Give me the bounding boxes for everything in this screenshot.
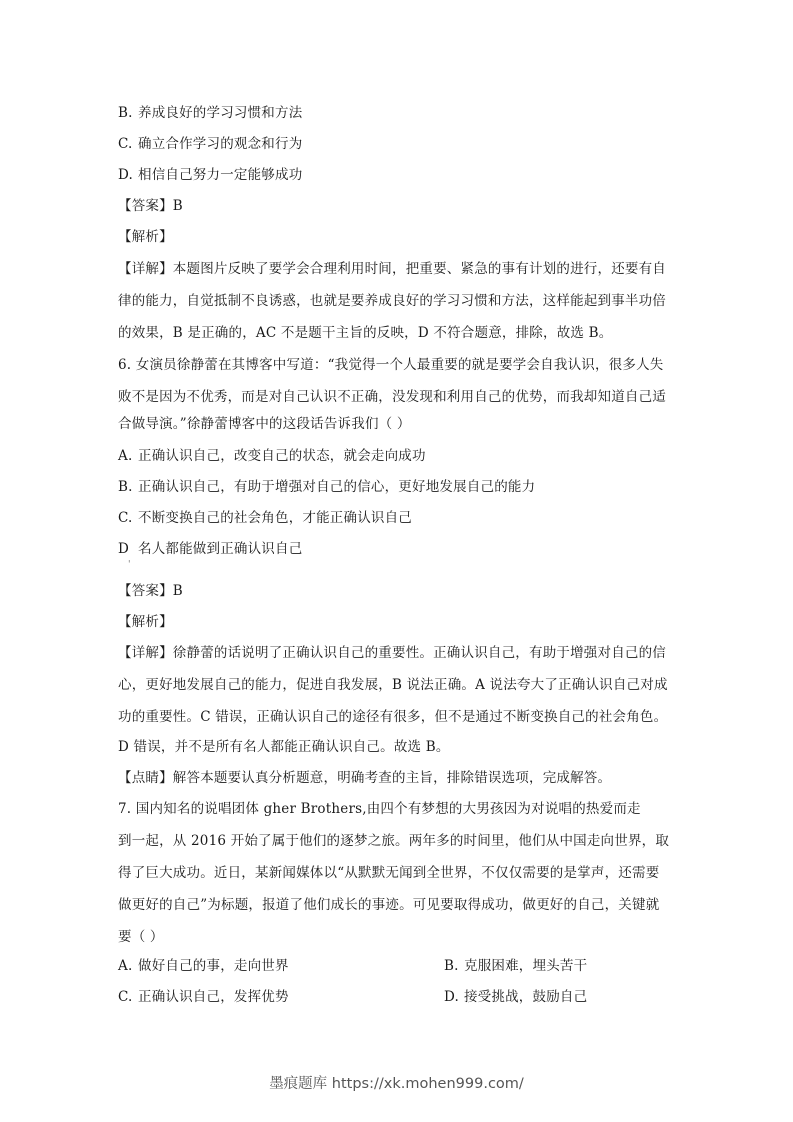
option-text: 做好自己的事，走向世界	[138, 958, 289, 974]
option-text: 不断变换自己的社会角色，才能正确认识自己	[138, 510, 412, 526]
q6-option-a: A.正确认识自己，改变自己的状态，就会走向成功	[118, 448, 426, 464]
q5-detail-line: 律的能力，自觉抵制不良诱惑，也就是要养成良好的学习习惯和方法，这样能起到事半功倍	[118, 293, 666, 309]
q6-stem-line: 合做导演。”徐静蕾博客中的这段话告诉我们（ ）	[118, 416, 411, 432]
q5-option-c: C.确立合作学习的观念和行为	[118, 136, 302, 152]
option-text: 相信自己努力一定能够成功	[138, 167, 302, 183]
q5-analysis-heading: 【解析】	[118, 229, 173, 245]
q6-detail-line: 功的重要性。C 错误，正确认识自己的途径有很多，但不是通过不断变换自己的社会角色…	[118, 709, 667, 725]
q7-options-row-2: C.正确认识自己，发挥优势 D.接受挑战，鼓励自己	[118, 989, 678, 1005]
q6-detail-line: D 错误，并不是所有名人都能正确认识自己。故选 B。	[118, 739, 450, 755]
option-text: 正确认识自己，改变自己的状态，就会走向成功	[138, 448, 426, 464]
q6-detail-line: 心，更好地发展自己的能力，促进自我发展，B 说法正确。A 说法夸大了正确认识自己…	[118, 677, 668, 693]
q7-stem-line: 到一起，从 2016 开始了属于他们的逐梦之旅。两年多的时间里，他们从中国走向世…	[118, 833, 669, 849]
q7-options-row-1: A.做好自己的事，走向世界 B.克服困难，埋头苦干	[118, 958, 678, 974]
q6-option-b: B.正确认识自己，有助于增强对自己的信心，更好地发展自己的能力	[118, 479, 535, 495]
q7-stem-line: 做更好的自己”为标题，报道了他们成长的事迹。可见要取得成功，做更好的自己，关键就	[118, 897, 659, 913]
q5-detail-line: 的效果，B 是正确的，AC 不是题干主旨的反映，D 不符合题意，排除，故选 B。	[118, 325, 612, 341]
q7-option-b: B.克服困难，埋头苦干	[444, 958, 587, 974]
q7-stem-line: 得了巨大成功。近日，某新闻媒体以“从默默无闻到全世界，不仅仅需要的是掌声，还需要	[118, 865, 659, 881]
option-label: B.	[118, 105, 138, 121]
option-text: 接受挑战，鼓励自己	[464, 989, 587, 1005]
option-label: C.	[118, 510, 138, 526]
option-label: C.	[118, 989, 138, 1005]
q6-answer: 【答案】B	[118, 583, 183, 599]
q5-option-b: B.养成良好的学习习惯和方法	[118, 105, 302, 121]
q6-analysis-heading: 【解析】	[118, 614, 173, 630]
option-text: 养成良好的学习习惯和方法	[138, 105, 302, 121]
option-label: D	[118, 541, 138, 557]
q5-answer: 【答案】B	[118, 198, 183, 214]
option-label: D.	[118, 167, 138, 183]
q6-stem-line: 6. 女演员徐静蕾在其博客中写道：“我觉得一个人最重要的就是要学会自我认识，很多…	[118, 357, 663, 373]
q7-option-c: C.正确认识自己，发挥优势	[118, 989, 289, 1005]
q6-option-d: D名人都能做到正确认识自己	[118, 541, 302, 557]
q6-detail-line: 【详解】徐静蕾的话说明了正确认识自己的重要性。正确认识自己，有助于增强对自己的信	[118, 645, 666, 661]
q6-tip: 【点睛】解答本题要认真分析题意，明确考查的主旨，排除错误选项，完成解答。	[118, 770, 611, 786]
option-text: 克服困难，埋头苦干	[464, 958, 587, 974]
stray-mark: '	[128, 560, 130, 570]
q6-stem-line: 败不是因为不优秀，而是对自己认识不正确，没发现和利用自己的优势，而我却知道自己适	[118, 389, 666, 405]
q5-detail-line: 【详解】本题图片反映了要学会合理利用时间，把重要、紧急的事有计划的进行，还要有自	[118, 261, 666, 277]
q7-stem-line: 7. 国内知名的说唱团体 gher Brothers,由四个有梦想的大男孩因为对…	[118, 801, 641, 817]
option-text: 确立合作学习的观念和行为	[138, 136, 302, 152]
option-text: 正确认识自己，有助于增强对自己的信心，更好地发展自己的能力	[138, 479, 535, 495]
option-text: 正确认识自己，发挥优势	[138, 989, 289, 1005]
option-label: B.	[118, 479, 138, 495]
q7-stem-line: 要（ ）	[118, 929, 164, 945]
option-label: D.	[444, 989, 464, 1005]
q5-option-d: D.相信自己努力一定能够成功	[118, 167, 302, 183]
option-label: A.	[118, 448, 138, 464]
option-text: 名人都能做到正确认识自己	[138, 541, 302, 557]
option-label: C.	[118, 136, 138, 152]
option-label: B.	[444, 958, 464, 974]
q7-option-a: A.做好自己的事，走向世界	[118, 958, 289, 974]
footer-watermark: 墨痕题库 https://xk.mohen999.com/	[0, 1072, 793, 1093]
q6-option-c: C.不断变换自己的社会角色，才能正确认识自己	[118, 510, 412, 526]
q7-option-d: D.接受挑战，鼓励自己	[444, 989, 587, 1005]
option-label: A.	[118, 958, 138, 974]
